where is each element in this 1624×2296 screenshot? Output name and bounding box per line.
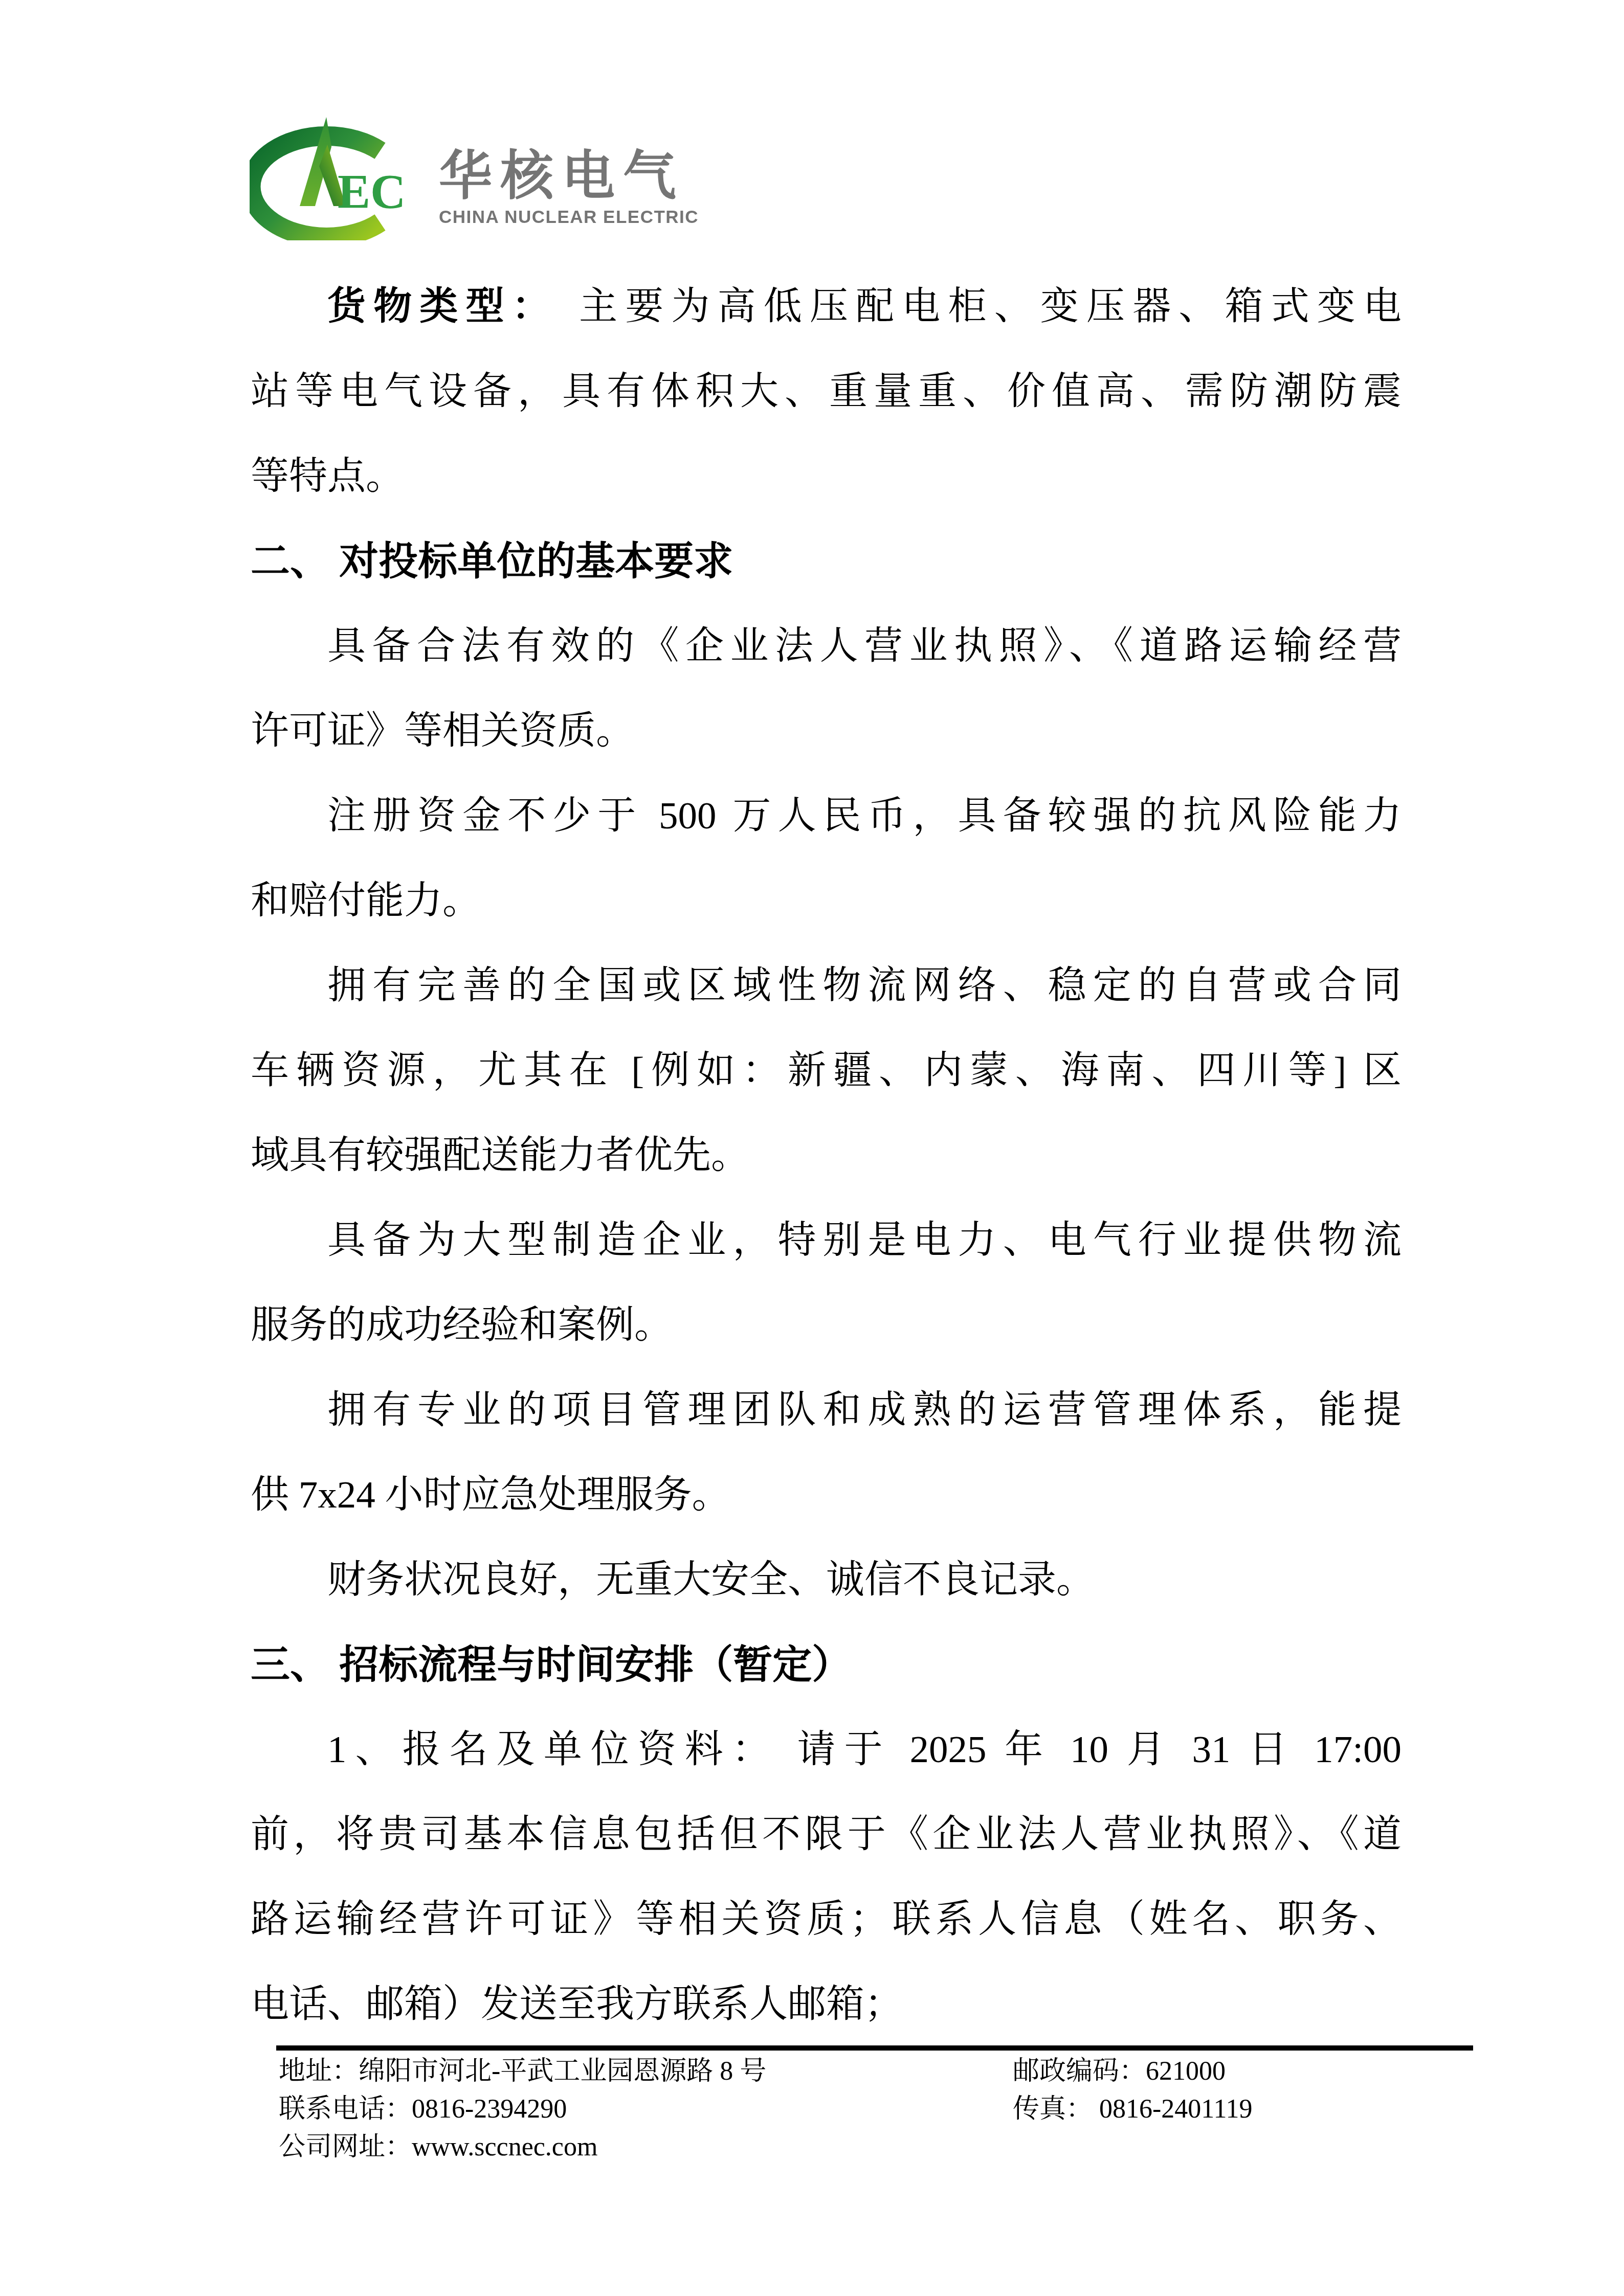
body-line: 和赔付能力。 [251, 859, 1401, 943]
document-page: EC 华核电气 CHINA NUCLEAR ELECTRIC 货物类型：主要为高… [0, 0, 1624, 2296]
footer-postcode: 邮政编码：621000 [1013, 2053, 1473, 2090]
body-line: 路运输经营许可证》等相关资质；联系人信息（姓名、职务、 [251, 1877, 1401, 1962]
body-line-cargo-type: 货物类型：主要为高低压配电柜、变压器、箱式变电 [251, 264, 1401, 349]
body-line: 域具有较强配送能力者优先。 [251, 1113, 1401, 1198]
footer-website: 公司网址：www.sccnec.com [279, 2128, 1013, 2166]
footer-divider [276, 2045, 1473, 2051]
document-body: 货物类型：主要为高低压配电柜、变压器、箱式变电 站等电气设备，具有体积大、重量重… [251, 264, 1401, 2047]
logo-emblem-icon: EC [250, 115, 418, 240]
company-name-cn: 华核电气 [439, 150, 699, 203]
body-line-deadline: 1、报名及单位资料： 请于 2025 年 10 月 31 日 17:00 [251, 1707, 1401, 1792]
footer-fax: 传真： 0816-2401119 [1013, 2090, 1473, 2128]
footer-phone: 联系电话：0816-2394290 [279, 2090, 1013, 2128]
body-line: 车辆资源，尤其在 [例如：新疆、内蒙、海南、四川等] 区 [251, 1028, 1401, 1113]
body-line: 拥有完善的全国或区域性物流网络、稳定的自营或合同 [251, 943, 1401, 1028]
cargo-type-text: 主要为高低压配电柜、变压器、箱式变电 [579, 285, 1401, 328]
body-line: 注册资金不少于 500 万人民币，具备较强的抗风险能力 [251, 774, 1401, 859]
footer-empty-cell [1013, 2128, 1473, 2166]
body-line: 前，将贵司基本信息包括但不限于《企业法人营业执照》、《道 [251, 1792, 1401, 1877]
body-line: 站等电气设备，具有体积大、重量重、价值高、需防潮防震 [251, 349, 1401, 434]
company-logo: EC 华核电气 CHINA NUCLEAR ELECTRIC [250, 115, 710, 243]
cargo-type-label: 货物类型： [327, 285, 558, 328]
body-line: 服务的成功经验和案例。 [251, 1283, 1401, 1368]
body-line: 等特点。 [251, 434, 1401, 519]
section-heading-2: 二、 对投标单位的基本要求 [251, 519, 1401, 604]
body-line: 拥有专业的项目管理团队和成熟的运营管理体系，能提 [251, 1368, 1401, 1453]
body-line: 具备为大型制造企业，特别是电力、电气行业提供物流 [251, 1198, 1401, 1283]
body-line: 具备合法有效的《企业法人营业执照》、《道路运输经营 [251, 604, 1401, 689]
logo-text-block: 华核电气 CHINA NUCLEAR ELECTRIC [439, 115, 699, 226]
logo-letters: EC [338, 164, 406, 219]
body-line: 供 7x24 小时应急处理服务。 [251, 1453, 1401, 1538]
body-line: 财务状况良好，无重大安全、诚信不良记录。 [251, 1538, 1401, 1623]
body-line: 电话、邮箱）发送至我方联系人邮箱； [251, 1962, 1401, 2047]
company-name-en: CHINA NUCLEAR ELECTRIC [439, 208, 699, 226]
body-line: 许可证》等相关资质。 [251, 689, 1401, 774]
section-heading-3: 三、 招标流程与时间安排（暂定） [251, 1623, 1401, 1707]
footer: 地址：绵阳市河北-平武工业园恩源路 8 号 邮政编码：621000 联系电话：0… [279, 2053, 1473, 2166]
footer-address: 地址：绵阳市河北-平武工业园恩源路 8 号 [279, 2053, 1013, 2090]
